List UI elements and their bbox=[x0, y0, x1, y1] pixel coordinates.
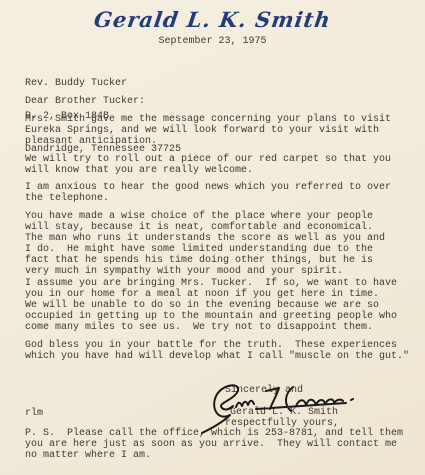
body-paragraph-1: Mrs. Smith gave me the message concernin… bbox=[25, 114, 391, 147]
letter-page: Gerald L. K. Smith September 23, 1975 Re… bbox=[0, 0, 425, 475]
letterhead-name: Gerald L. K. Smith bbox=[0, 7, 425, 32]
typist-initials: rlm bbox=[25, 408, 43, 419]
body-paragraph-3: I am anxious to hear the good news which… bbox=[25, 182, 391, 204]
body-paragraph-5: I assume you are bringing Mrs. Tucker. I… bbox=[25, 278, 397, 333]
body-paragraph-2: We will try to roll out a piece of our r… bbox=[25, 154, 391, 176]
handwritten-signature bbox=[196, 379, 366, 434]
recipient-name: Rev. Buddy Tucker bbox=[25, 78, 181, 89]
postscript: P. S. Please call the office, which is 2… bbox=[25, 428, 403, 461]
body-paragraph-6: God bless you in your battle for the tru… bbox=[25, 340, 409, 362]
letter-date: September 23, 1975 bbox=[158, 36, 266, 47]
salutation: Dear Brother Tucker: bbox=[25, 96, 145, 107]
body-paragraph-4: You have made a wise choice of the place… bbox=[25, 211, 385, 277]
